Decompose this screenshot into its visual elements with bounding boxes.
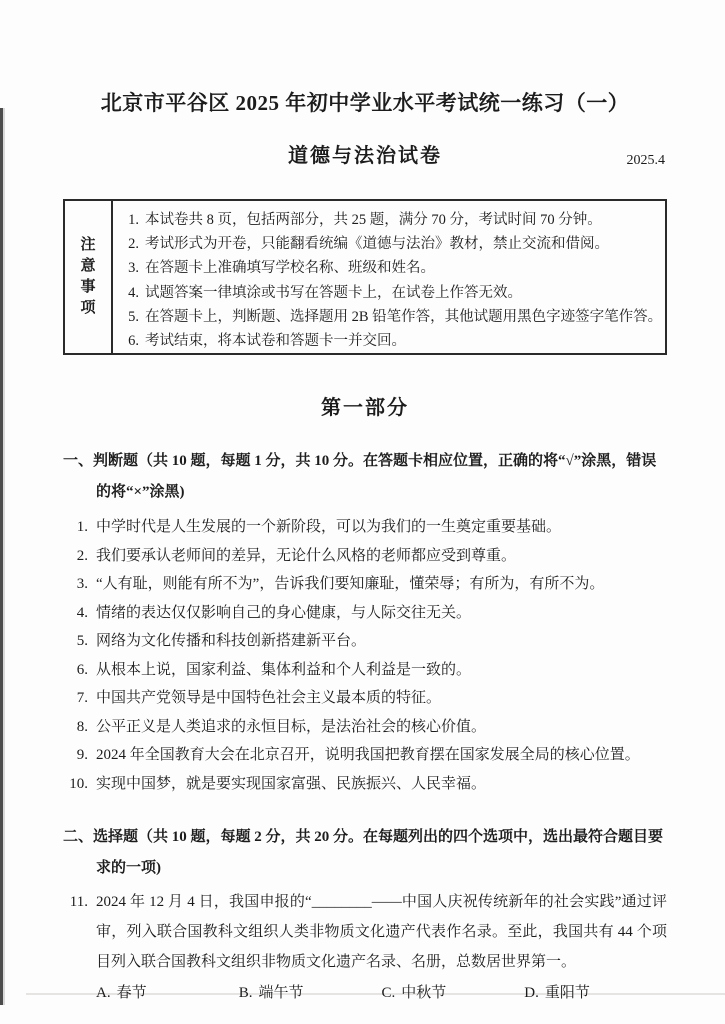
- notice-item-text: 在答题卡上准确填写学校名称、班级和姓名。: [145, 260, 435, 276]
- scan-edge-shadow: [3, 108, 5, 1005]
- question-number: 9.: [63, 741, 88, 770]
- notice-item-number: 3.: [123, 256, 139, 280]
- notice-box: 注 意 事 项 1.本试卷共 8 页，包括两部分，共 25 题，满分 70 分，…: [63, 199, 667, 355]
- question-number: 3.: [63, 570, 88, 599]
- question-text: 网络为文化传播和科技创新搭建新平台。: [96, 633, 366, 649]
- question-row: 10.实现中国梦，就是要实现国家富强、民族振兴、人民幸福。: [63, 770, 667, 799]
- question-row: 3.“人有耻，则能有所不为”，告诉我们要知廉耻，懂荣辱；有所为，有所不为。: [63, 570, 667, 599]
- question-number: 2.: [63, 542, 88, 571]
- exam-paper-page: 北京市平谷区 2025 年初中学业水平考试统一练习（一） 道德与法治试卷 202…: [0, 0, 725, 1024]
- part1-heading: 第一部分: [63, 394, 667, 422]
- notice-list: 1.本试卷共 8 页，包括两部分，共 25 题，满分 70 分，考试时间 70 …: [113, 201, 668, 353]
- question-number: 6.: [63, 656, 88, 685]
- option-item: B.端午节: [239, 978, 382, 1008]
- notice-item-text: 本试卷共 8 页，包括两部分，共 25 题，满分 70 分，考试时间 70 分钟…: [145, 212, 602, 228]
- question-number: 11.: [63, 887, 88, 917]
- question-11-options: A.春节 B.端午节 C.中秋节 D.重阳节: [63, 978, 667, 1008]
- notice-item: 4.试题答案一律填涂或书写在答题卡上，在试卷上作答无效。: [123, 281, 662, 305]
- question-text: 中学时代是人生发展的一个新阶段，可以为我们的一生奠定重要基础。: [96, 519, 561, 535]
- option-text: 中秋节: [401, 985, 446, 1001]
- notice-label: 注 意 事 项: [65, 201, 113, 353]
- question-number: 7.: [63, 684, 88, 713]
- notice-item-number: 1.: [123, 208, 139, 232]
- question-text: 2024 年 12 月 4 日，我国申报的“________——中国人庆祝传统新…: [96, 894, 667, 970]
- notice-item-text: 在答题卡上，判断题、选择题用 2B 铅笔作答，其他试题用黑色字迹签字笔作答。: [145, 309, 662, 325]
- question-text: 实现中国梦，就是要实现国家富强、民族振兴、人民幸福。: [96, 776, 486, 792]
- notice-item: 5.在答题卡上，判断题、选择题用 2B 铅笔作答，其他试题用黑色字迹签字笔作答。: [123, 305, 662, 329]
- question-text: 情绪的表达仅仅影响自己的身心健康，与人际交往无关。: [96, 605, 471, 621]
- question-row: 1.中学时代是人生发展的一个新阶段，可以为我们的一生奠定重要基础。: [63, 513, 667, 542]
- question-11: 11.2024 年 12 月 4 日，我国申报的“________——中国人庆祝…: [63, 887, 667, 977]
- section1-heading: 一、判断题（共 10 题，每题 1 分，共 10 分。在答题卡相应位置，正确的将…: [63, 446, 667, 508]
- notice-item: 3.在答题卡上准确填写学校名称、班级和姓名。: [123, 256, 662, 280]
- option-item: A.春节: [96, 978, 239, 1008]
- option-item: D.重阳节: [524, 978, 667, 1008]
- exam-date: 2025.4: [627, 153, 666, 169]
- question-text: 我们要承认老师间的差异，无论什么风格的老师都应受到尊重。: [96, 548, 516, 564]
- notice-label-char: 事: [80, 277, 95, 298]
- notice-label-char: 项: [80, 298, 95, 319]
- question-number: 5.: [63, 627, 88, 656]
- notice-item-number: 5.: [123, 305, 139, 329]
- option-text: 春节: [117, 985, 147, 1001]
- question-text: 公平正义是人类追求的永恒目标，是法治社会的核心价值。: [96, 719, 486, 735]
- question-row: 8.公平正义是人类追求的永恒目标，是法治社会的核心价值。: [63, 713, 667, 742]
- question-text: “人有耻，则能有所不为”，告诉我们要知廉耻，懂荣辱；有所为，有所不为。: [96, 576, 604, 592]
- notice-item-number: 2.: [123, 232, 139, 256]
- option-text: 端午节: [259, 985, 304, 1001]
- option-label: C.: [382, 985, 396, 1001]
- question-number: 10.: [63, 770, 88, 799]
- notice-label-char: 意: [80, 256, 95, 277]
- page-title: 北京市平谷区 2025 年初中学业水平考试统一练习（一）: [63, 88, 667, 118]
- question-row: 5.网络为文化传播和科技创新搭建新平台。: [63, 627, 667, 656]
- question-row: 9.2024 年全国教育大会在北京召开，说明我国把教育摆在国家发展全局的核心位置…: [63, 741, 667, 770]
- notice-item-text: 试题答案一律填涂或书写在答题卡上，在试卷上作答无效。: [145, 285, 522, 301]
- question-number: 4.: [63, 599, 88, 628]
- question-text: 从根本上说，国家利益、集体利益和个人利益是一致的。: [96, 662, 471, 678]
- question-number: 8.: [63, 713, 88, 742]
- question-row: 4.情绪的表达仅仅影响自己的身心健康，与人际交往无关。: [63, 599, 667, 628]
- question-row: 7.中国共产党领导是中国特色社会主义最本质的特征。: [63, 684, 667, 713]
- option-label: A.: [96, 985, 111, 1001]
- question-row: 6.从根本上说，国家利益、集体利益和个人利益是一致的。: [63, 656, 667, 685]
- paper-subject: 道德与法治试卷: [63, 140, 667, 172]
- question-number: 1.: [63, 513, 88, 542]
- option-item: C.中秋节: [382, 978, 525, 1008]
- notice-item: 1.本试卷共 8 页，包括两部分，共 25 题，满分 70 分，考试时间 70 …: [123, 208, 662, 232]
- notice-item-number: 4.: [123, 281, 139, 305]
- notice-item-number: 6.: [123, 329, 139, 353]
- page-content: 北京市平谷区 2025 年初中学业水平考试统一练习（一） 道德与法治试卷 202…: [63, 88, 667, 1008]
- notice-item-text: 考试形式为开卷，只能翻看统编《道德与法治》教材，禁止交流和借阅。: [145, 236, 609, 252]
- section2-heading: 二、选择题（共 10 题，每题 2 分，共 20 分。在每题列出的四个选项中，选…: [63, 822, 667, 884]
- judgment-questions: 1.中学时代是人生发展的一个新阶段，可以为我们的一生奠定重要基础。 2.我们要承…: [63, 513, 667, 798]
- question-text: 中国共产党领导是中国特色社会主义最本质的特征。: [96, 690, 441, 706]
- option-label: D.: [524, 985, 539, 1001]
- notice-item: 6.考试结束，将本试卷和答题卡一并交回。: [123, 329, 662, 353]
- notice-item: 2.考试形式为开卷，只能翻看统编《道德与法治》教材，禁止交流和借阅。: [123, 232, 662, 256]
- question-row: 2.我们要承认老师间的差异，无论什么风格的老师都应受到尊重。: [63, 542, 667, 571]
- option-label: B.: [239, 985, 253, 1001]
- option-text: 重阳节: [545, 985, 590, 1001]
- notice-label-char: 注: [80, 235, 95, 256]
- notice-item-text: 考试结束，将本试卷和答题卡一并交回。: [145, 333, 406, 349]
- subtitle-row: 道德与法治试卷 2025.4: [63, 140, 667, 172]
- question-text: 2024 年全国教育大会在北京召开，说明我国把教育摆在国家发展全局的核心位置。: [96, 747, 640, 763]
